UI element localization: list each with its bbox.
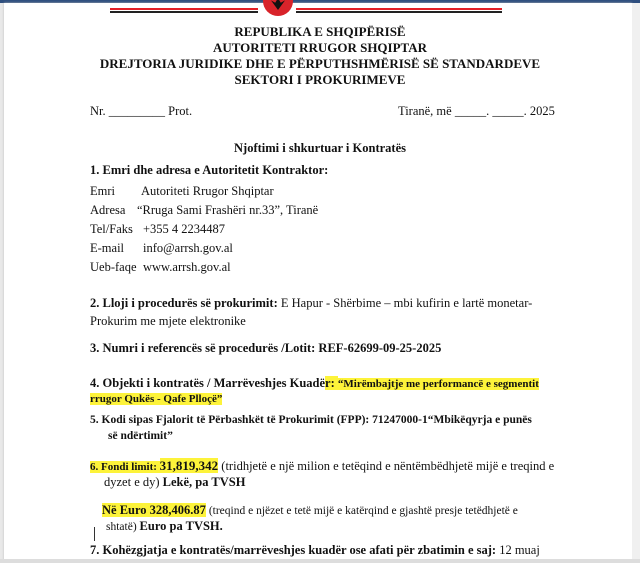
value-address: “Rruga Sami Frashëri nr.33”, Tiranë bbox=[137, 203, 318, 218]
label-tel: Tel/Faks bbox=[90, 222, 133, 237]
header-line-2: AUTORITETI RRUGOR SHQIPTAR bbox=[0, 40, 640, 56]
header-line-3: DREJTORIA JURIDIKE DHE E PËRPUTHSHMËRISË… bbox=[0, 56, 640, 72]
section3-reference: 3. Numri i referencës së procedurës /Lot… bbox=[90, 341, 441, 356]
section5-line1: 5. Kodi sipas Fjalorit të Përbashkët të … bbox=[90, 414, 532, 426]
value-email[interactable]: info@arrsh.gov.al bbox=[143, 241, 233, 256]
euro-words-cont: shtatë) bbox=[106, 521, 140, 533]
label-address: Adresa bbox=[90, 203, 125, 218]
section4-object-cont: rrugor Qukës - Qafe Plloçë” bbox=[90, 393, 222, 405]
value-name: Autoriteti Rrugor Shqiptar bbox=[141, 184, 274, 199]
fund-limit-label: 6. Fondi limit: bbox=[90, 461, 160, 473]
value-website[interactable]: www.arrsh.gov.al bbox=[143, 260, 231, 275]
euro-currency: Euro pa TVSH. bbox=[140, 519, 223, 533]
label-name: Emri bbox=[90, 184, 115, 199]
section7-heading: 7. Kohëzgjatja e kontratës/marrëveshjes … bbox=[90, 543, 496, 557]
section7-line: 7. Kohëzgjatja e kontratës/marrëveshjes … bbox=[90, 543, 540, 558]
section2-line2: Prokurim me mjete elektronike bbox=[90, 314, 246, 329]
flag-line-right bbox=[296, 8, 502, 13]
window-bottom-bar bbox=[0, 559, 640, 563]
section1-heading: 1. Emri dhe adresa e Autoritetit Kontrak… bbox=[90, 163, 328, 178]
protocol-number: Nr. _________ Prot. bbox=[90, 104, 192, 119]
section2-value: E Hapur - Shërbime – mbi kufirin e lartë… bbox=[278, 296, 533, 310]
section6-line1: 6. Fondi limit: 31,819,342 (tridhjetë e … bbox=[90, 458, 554, 474]
euro-line1: Në Euro 328,406.87 (treqind e njëzet e t… bbox=[102, 503, 518, 518]
protocol-date: Tiranë, më _____. _____. 2025 bbox=[398, 104, 555, 119]
section4-heading-end: r: bbox=[325, 376, 338, 390]
section6-line2: dyzet e dy) Lekë, pa TVSH bbox=[104, 475, 245, 490]
section5-line2: së ndërtimit” bbox=[108, 430, 173, 442]
header-line-1: REPUBLIKA E SHQIPËRISË bbox=[0, 24, 640, 40]
label-website: Ueb-faqe bbox=[90, 260, 137, 275]
euro-line2: shtatë) Euro pa TVSH. bbox=[106, 519, 223, 534]
euro-words: (treqind e njëzet e tetë mijë e katërqin… bbox=[206, 505, 518, 517]
text-cursor bbox=[94, 527, 95, 541]
label-email: E-mail bbox=[90, 241, 124, 256]
section4-heading: 4. Objekti i kontratës / Marrëveshjes Ku… bbox=[90, 376, 325, 390]
section4-line1: 4. Objekti i kontratës / Marrëveshjes Ku… bbox=[90, 376, 539, 391]
section7-value: 12 muaj bbox=[496, 543, 540, 557]
section4-object: “Mirëmbajtje me performancë e segmentit bbox=[338, 378, 539, 390]
section2-heading: 2. Lloji i procedurës së prokurimit: bbox=[90, 296, 278, 310]
flag-line-left bbox=[110, 8, 258, 13]
section2-line1: 2. Lloji i procedurës së prokurimit: E H… bbox=[90, 296, 532, 311]
euro-amount: Në Euro 328,406.87 bbox=[102, 503, 206, 517]
fund-limit-words-cont: dyzet e dy) bbox=[104, 475, 163, 489]
letterhead-emblem bbox=[110, 0, 502, 20]
header-line-4: SEKTORI I PROKURIMEVE bbox=[0, 72, 640, 88]
fund-currency: Lekë, pa TVSH bbox=[163, 475, 246, 489]
value-tel: +355 4 2234487 bbox=[143, 222, 225, 237]
fund-limit-words: (tridhjetë e një milion e tetëqind e nën… bbox=[218, 459, 554, 473]
notice-title: Njoftimi i shkurtuar i Kontratës bbox=[0, 141, 640, 156]
fund-limit-amount: 31,819,342 bbox=[160, 458, 219, 473]
